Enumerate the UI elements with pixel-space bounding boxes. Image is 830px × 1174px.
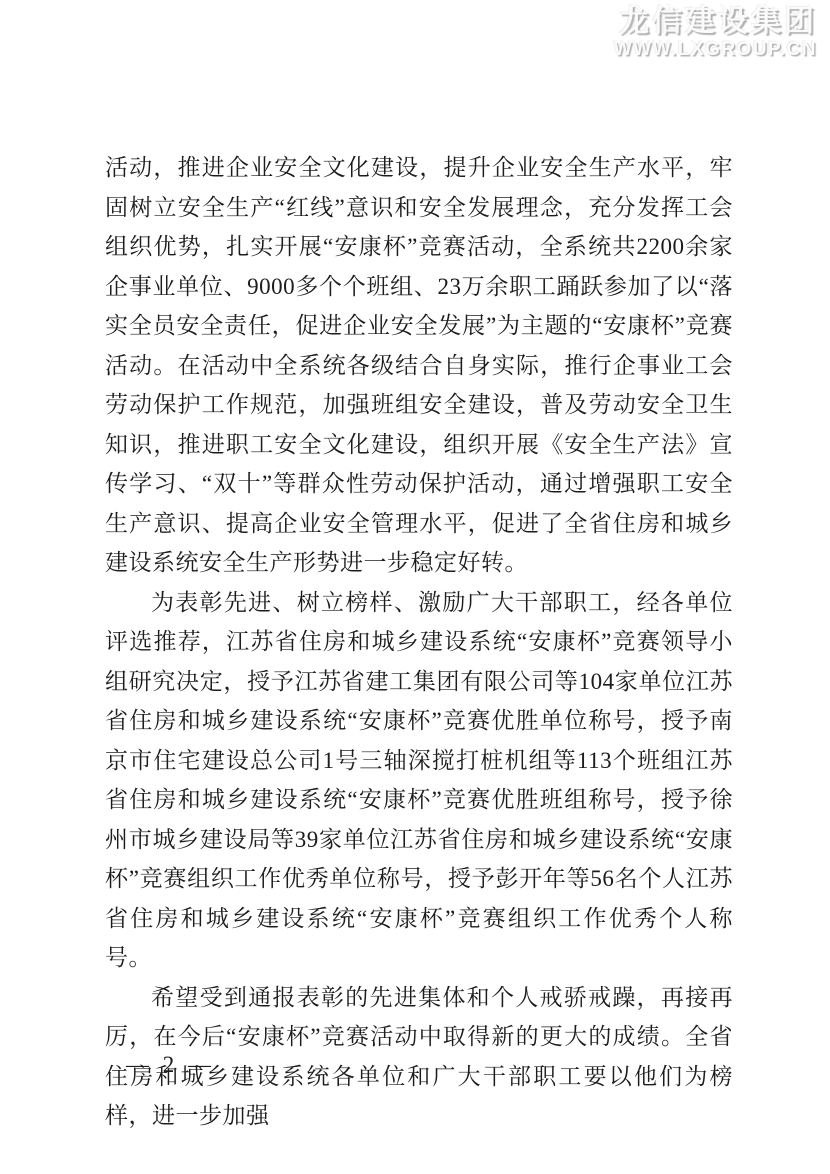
paragraph-1: 活动，推进企业安全文化建设，提升企业安全生产水平，牢固树立安全生产“红线”意识和…: [105, 148, 733, 583]
document-page: 龙信建设集团 WWW.LXGROUP.CN 活动，推进企业安全文化建设，提升企业…: [0, 0, 830, 1174]
paragraph-2: 为表彰先进、树立榜样、激励广大干部职工，经各单位评选推荐，江苏省住房和城乡建设系…: [105, 583, 733, 978]
page-number: — 2 —: [126, 1052, 215, 1078]
company-watermark: 龙信建设集团 WWW.LXGROUP.CN: [614, 5, 817, 61]
company-logo-text: 龙信建设集团: [614, 5, 817, 38]
company-website-url: WWW.LXGROUP.CN: [614, 40, 817, 61]
document-body: 活动，推进企业安全文化建设，提升企业安全生产水平，牢固树立安全生产“红线”意识和…: [105, 148, 733, 1136]
